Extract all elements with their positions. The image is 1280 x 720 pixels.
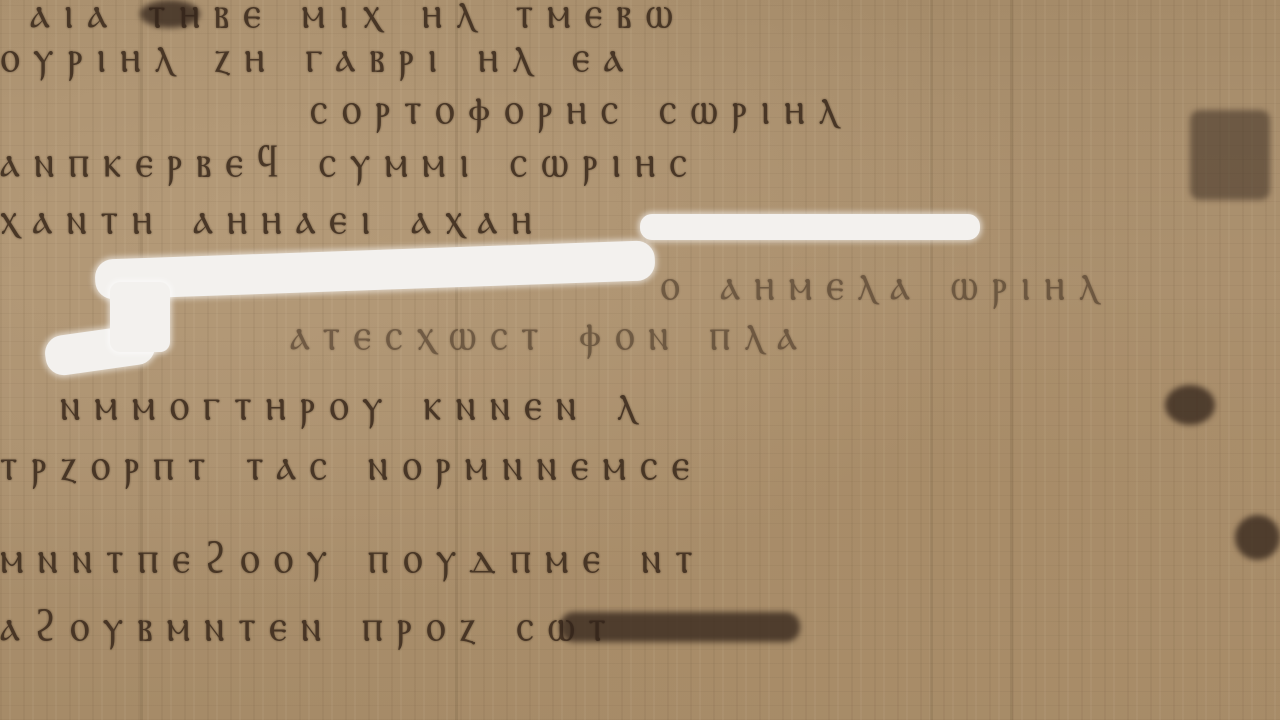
dark-spot xyxy=(140,0,200,28)
dark-spot xyxy=(1235,515,1280,560)
dark-spot xyxy=(1190,110,1270,200)
papyrus-fiber xyxy=(930,0,933,720)
papyrus-tear xyxy=(110,282,170,352)
papyrus-fiber xyxy=(1010,0,1013,720)
manuscript-line-2: ⲟⲩⲣⲓⲏⲗ ⲍⲏ ⲅⲁⲃⲣⲓ ⲏⲗ ⲉⲁ xyxy=(0,32,638,83)
papyrus-tear xyxy=(640,214,980,240)
manuscript-line-5: ⲭⲁⲛⲧⲏ ⲁⲏⲏⲁⲉⲓ ⲁⲭⲁⲏ xyxy=(0,194,546,245)
manuscript-line-3: ⲥⲟⲣⲧⲟⲫⲟⲣⲏⲥ ⲥⲱⲣⲓⲏⲗ xyxy=(310,84,851,135)
manuscript-line-8: ⲛⲙⲙⲟⲅⲧⲏⲣⲟⲩ ⲕⲛⲛⲉⲛ ⲗ xyxy=(60,380,650,431)
manuscript-line-10: ⲙⲛⲛⲧⲡⲉϩⲟⲟⲩ ⲡⲟⲩⲇⲡⲙⲉ ⲛⲧ xyxy=(0,532,707,584)
dark-spot xyxy=(1165,385,1215,425)
manuscript-line-6: ⲟ ⲁⲏⲙⲉⲗⲁ ⲱⲣⲓⲏⲗ xyxy=(660,260,1112,311)
manuscript-line-9: ⲧⲣⲍⲟⲣⲡⲧ ⲧⲁⲥ ⲛⲟⲣⲙⲛⲛⲉⲙⲥⲉ xyxy=(0,440,703,491)
manuscript-line-7: ⲁⲧⲉⲥⲭⲱⲥⲧ ⲫⲟⲛ ⲡⲗⲁ xyxy=(290,310,811,361)
manuscript-line-11: ⲁϩⲟⲩⲃⲙⲛⲧⲉⲛ ⲡⲣⲟⲍ ⲥⲱⲧ xyxy=(0,600,620,652)
manuscript-line-4: ⲁⲛⲡⲕⲉⲣⲃⲉϥ ⲥⲩⲙⲙⲓ ⲥⲱⲣⲓⲏⲥ xyxy=(0,136,701,188)
ink-smudge xyxy=(560,612,800,642)
